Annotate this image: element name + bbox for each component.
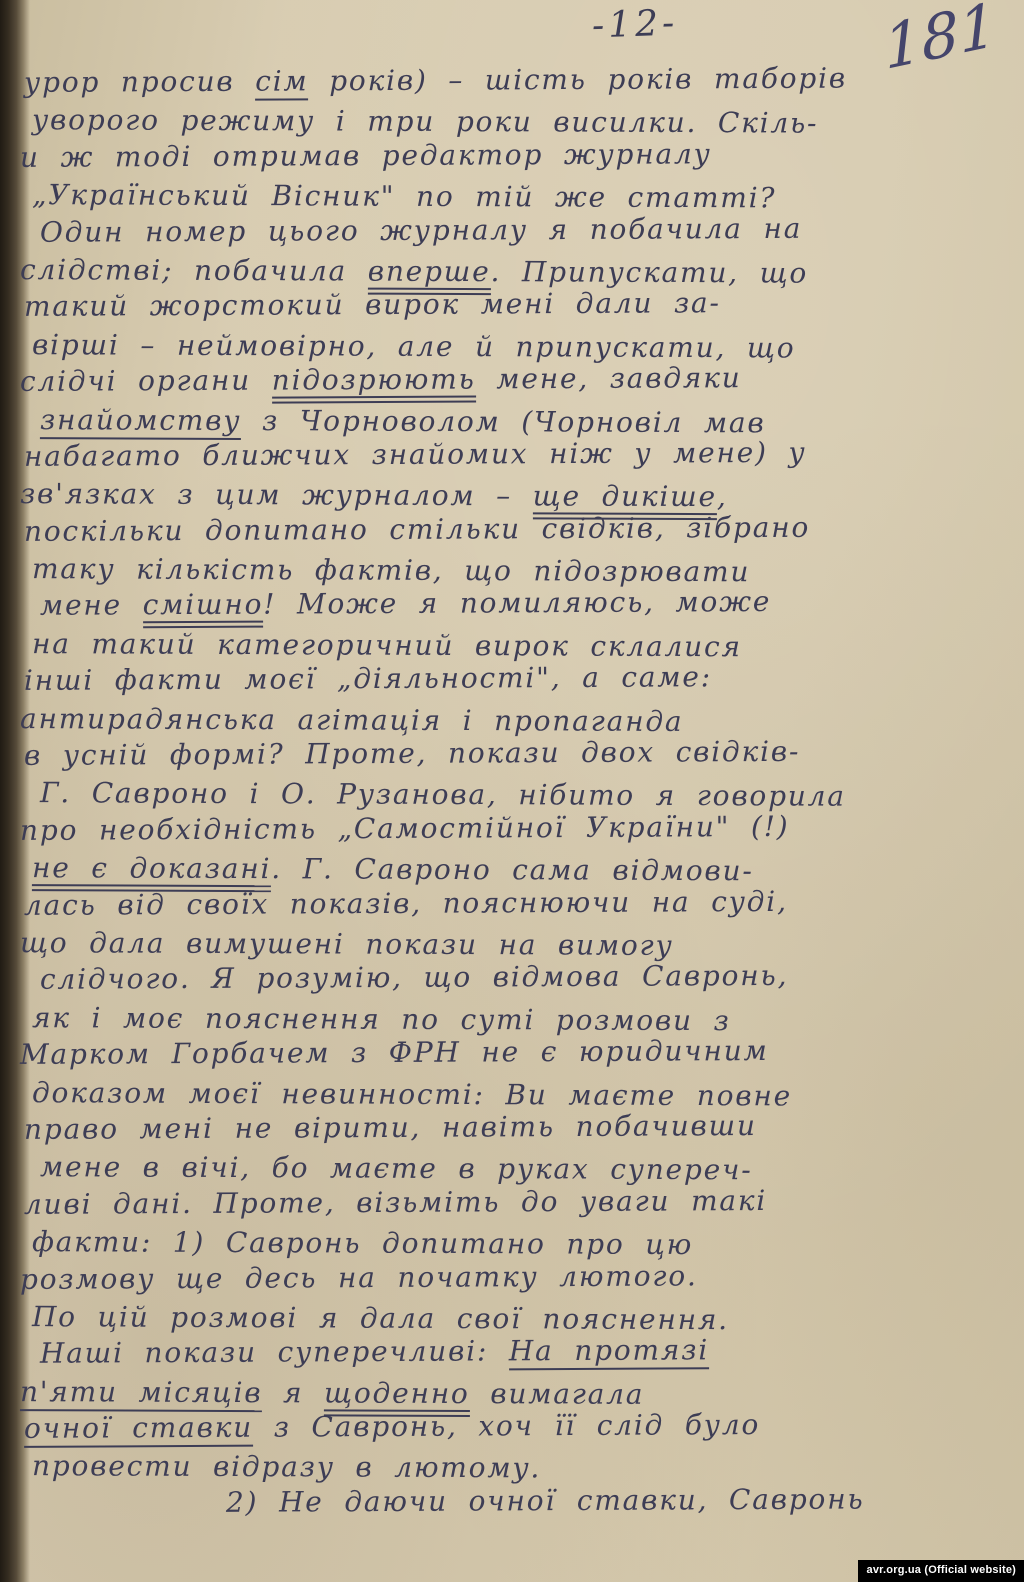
watermark-label: avr.org.ua (Official website) [858,1560,1024,1582]
text-segment: як і моє пояснення по суті розмови з [32,1001,731,1037]
handwritten-line: інші факти моєї „діяльності", а саме: [0,657,1024,700]
handwritten-line: поскільки допитано стільки свідків, зібр… [0,507,1024,550]
underlined-phrase: знайомству [40,403,241,440]
text-segment: . Г. Савроно сама відмови- [271,852,754,887]
handwritten-line: право мені не вірити, навіть побачивши [0,1106,1024,1149]
handwritten-line: слідчі органи підозрюють мене, завдяки [0,358,1024,401]
handwritten-line: в усній формі? Проте, покази двох свідкі… [0,732,1024,775]
page-number: -12- [591,3,679,47]
text-segment: провести відразу в лютому. [32,1450,541,1485]
text-segment: слідчі органи [20,364,272,398]
text-segment: зв'язках з цим журналом – [20,477,533,512]
handwritten-line: розмову ще десь на початку лютого. [0,1255,1024,1298]
text-segment: и ж тоді отримав редактор журналу [20,137,712,174]
handwritten-line: 2) Не даючи очної ставки, Савронь [0,1479,1024,1522]
text-segment: вимагала [470,1377,645,1411]
underlined-phrase: сім [255,64,308,100]
handwritten-line: Марком Горбачем з ФРН не є юридичним [0,1031,1024,1074]
text-segment: антирадянська агітація і пропаганда [20,702,684,738]
text-segment: я [262,1376,324,1409]
handwritten-line: ливі дані. Проте, візьміть до уваги такі [0,1180,1024,1223]
handwritten-line: и ж тоді отримав редактор журналу [0,133,1024,176]
handwritten-line: про необхідність „Самостійної України" (… [0,806,1024,849]
underlined-phrase: п'яти місяців [20,1375,262,1412]
text-segment: що дала вимушені покази на вимогу [20,926,674,962]
text-segment: набагато ближчих знайомих ніж у мене) у [24,436,807,473]
text-segment: факти: 1) Савронь допитано про цю [32,1225,693,1261]
handwritten-line: урор просив сім років) – шість років таб… [0,59,1024,102]
text-segment: „Український Вісник" по тій же статті? [32,178,776,214]
text-segment: 2) Не даючи очної ставки, Савронь [226,1482,865,1518]
text-segment: в усній формі? Проте, покази двох свідкі… [24,735,800,772]
text-segment: мене в вічі, бо маєте в руках супереч- [40,1151,753,1187]
text-segment: поскільки допитано стільки свідків, зібр… [24,510,810,547]
text-segment: право мені не вірити, навіть побачивши [24,1109,757,1146]
underlined-phrase: очної ставки [24,1411,253,1448]
text-segment: інші факти моєї „діяльності", а саме: [24,661,712,698]
text-segment: лась від своїх показів, пояснюючи на суд… [24,884,788,921]
text-segment: такий жорстокий вирок мені дали за- [24,287,721,324]
text-segment: слідстві; побачила [20,253,368,288]
text-segment: По цій розмові я дала свої пояснення. [32,1300,729,1336]
text-segment: років) – шість років таборів [308,62,847,98]
text-segment: мене, завдяки [475,361,741,395]
text-segment: ! Може я помиляюсь, може [263,585,771,621]
text-segment: Один номер цього журналу я побачила на [40,211,802,248]
handwritten-line: Наші покази суперечливі: На протязі [0,1330,1024,1373]
text-segment: мене [40,589,143,623]
handwritten-line: такий жорстокий вирок мені дали за- [0,283,1024,326]
handwritten-line: очної ставки з Савронь, хоч її слід було [0,1405,1024,1448]
text-segment: Марком Горбачем з ФРН не є юридичним [20,1034,769,1071]
handwritten-line: лась від своїх показів, пояснюючи на суд… [0,881,1024,924]
handwritten-line: Один номер цього журналу я побачила на [0,208,1024,251]
handwritten-text: урор просив сім років) – шість років таб… [0,64,1024,1522]
underlined-phrase: На протязі [509,1334,709,1371]
scanned-page: -12- 181 урор просив сім років) – шість … [0,0,1024,1582]
handwritten-line: мене смішно! Може я помиляюсь, може [0,582,1024,625]
text-segment: ливі дані. Проте, візьміть до уваги такі [24,1184,767,1221]
underlined-phrase: смішно [143,588,264,629]
text-segment: з Савронь, хоч її слід було [253,1408,760,1444]
text-segment: про необхідність „Самостійної України" (… [20,810,790,847]
underlined-phrase: підозрюють [272,363,476,404]
text-segment: Наші покази суперечливі: [40,1335,509,1370]
handwritten-line: слідчого. Я розумію, що відмова Савронь, [0,956,1024,999]
handwritten-line: набагато ближчих знайомих ніж у мене) у [0,433,1024,476]
text-segment: урор просив [24,65,255,99]
text-segment: слідчого. Я розумію, що відмова Савронь, [40,959,788,996]
text-segment: розмову ще десь на початку лютого. [20,1259,698,1296]
